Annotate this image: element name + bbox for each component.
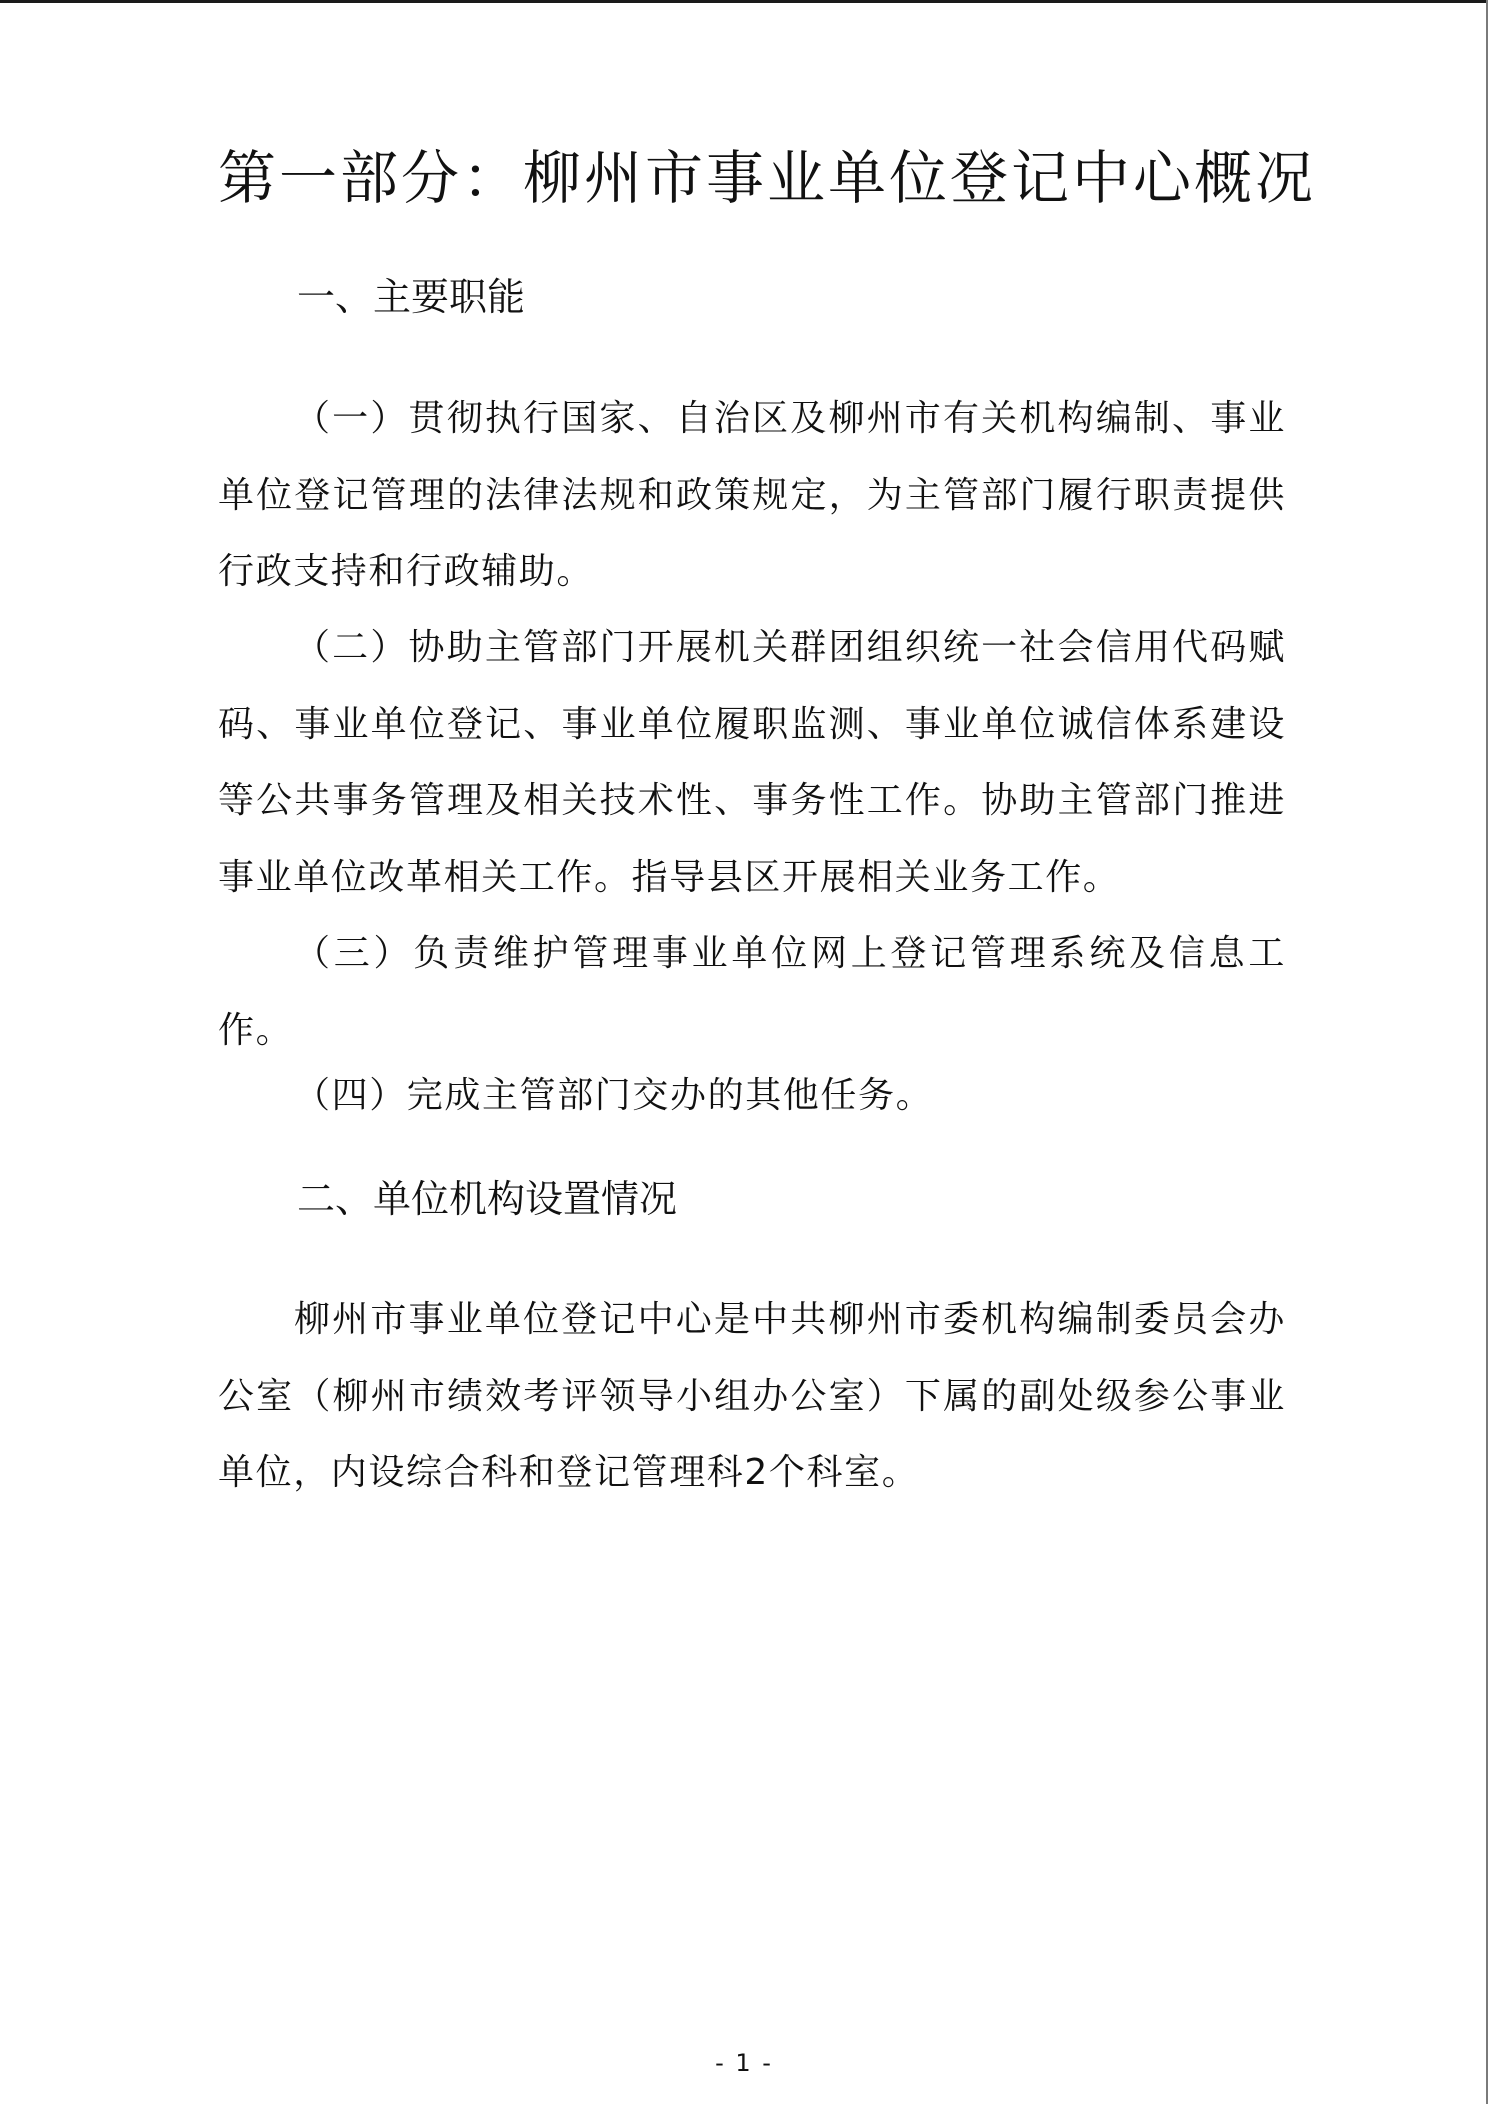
- paragraph-function-1: （一）贯彻执行国家、自治区及柳州市有关机构编制、事业单位登记管理的法律法规和政策…: [218, 381, 1286, 611]
- paragraph-function-3: （三）负责维护管理事业单位网上登记管理系统及信息工作。: [218, 916, 1286, 1069]
- paragraph-function-2: （二）协助主管部门开展机关群团组织统一社会信用代码赋码、事业单位登记、事业单位履…: [218, 610, 1286, 916]
- document-title: 第一部分：柳州市事业单位登记中心概况: [218, 142, 1286, 214]
- section-heading-organization: 二、单位机构设置情况: [297, 1174, 677, 1224]
- page-top-border: [0, 0, 1488, 3]
- page-number: - 1 -: [0, 2048, 1488, 2078]
- paragraph-organization: 柳州市事业单位登记中心是中共柳州市委机构编制委员会办公室（柳州市绩效考评领导小组…: [218, 1282, 1286, 1512]
- section-heading-main-functions: 一、主要职能: [297, 272, 525, 322]
- paragraph-function-4: （四）完成主管部门交办的其他任务。: [218, 1058, 1286, 1135]
